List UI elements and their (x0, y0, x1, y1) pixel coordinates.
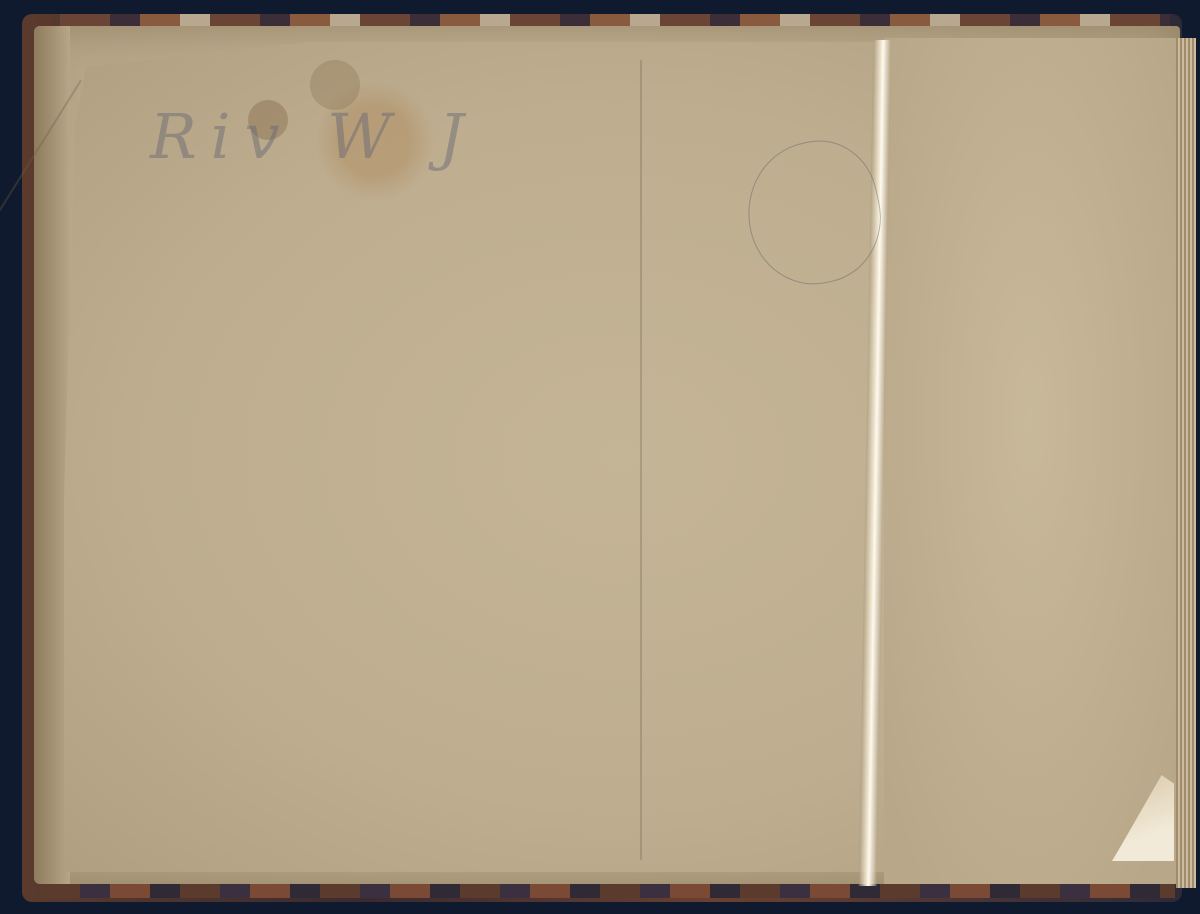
page-edges (1176, 38, 1196, 888)
fold-line (640, 60, 642, 860)
right-leaf (884, 38, 1176, 884)
pencil-inscription: Riv W J (150, 100, 478, 173)
